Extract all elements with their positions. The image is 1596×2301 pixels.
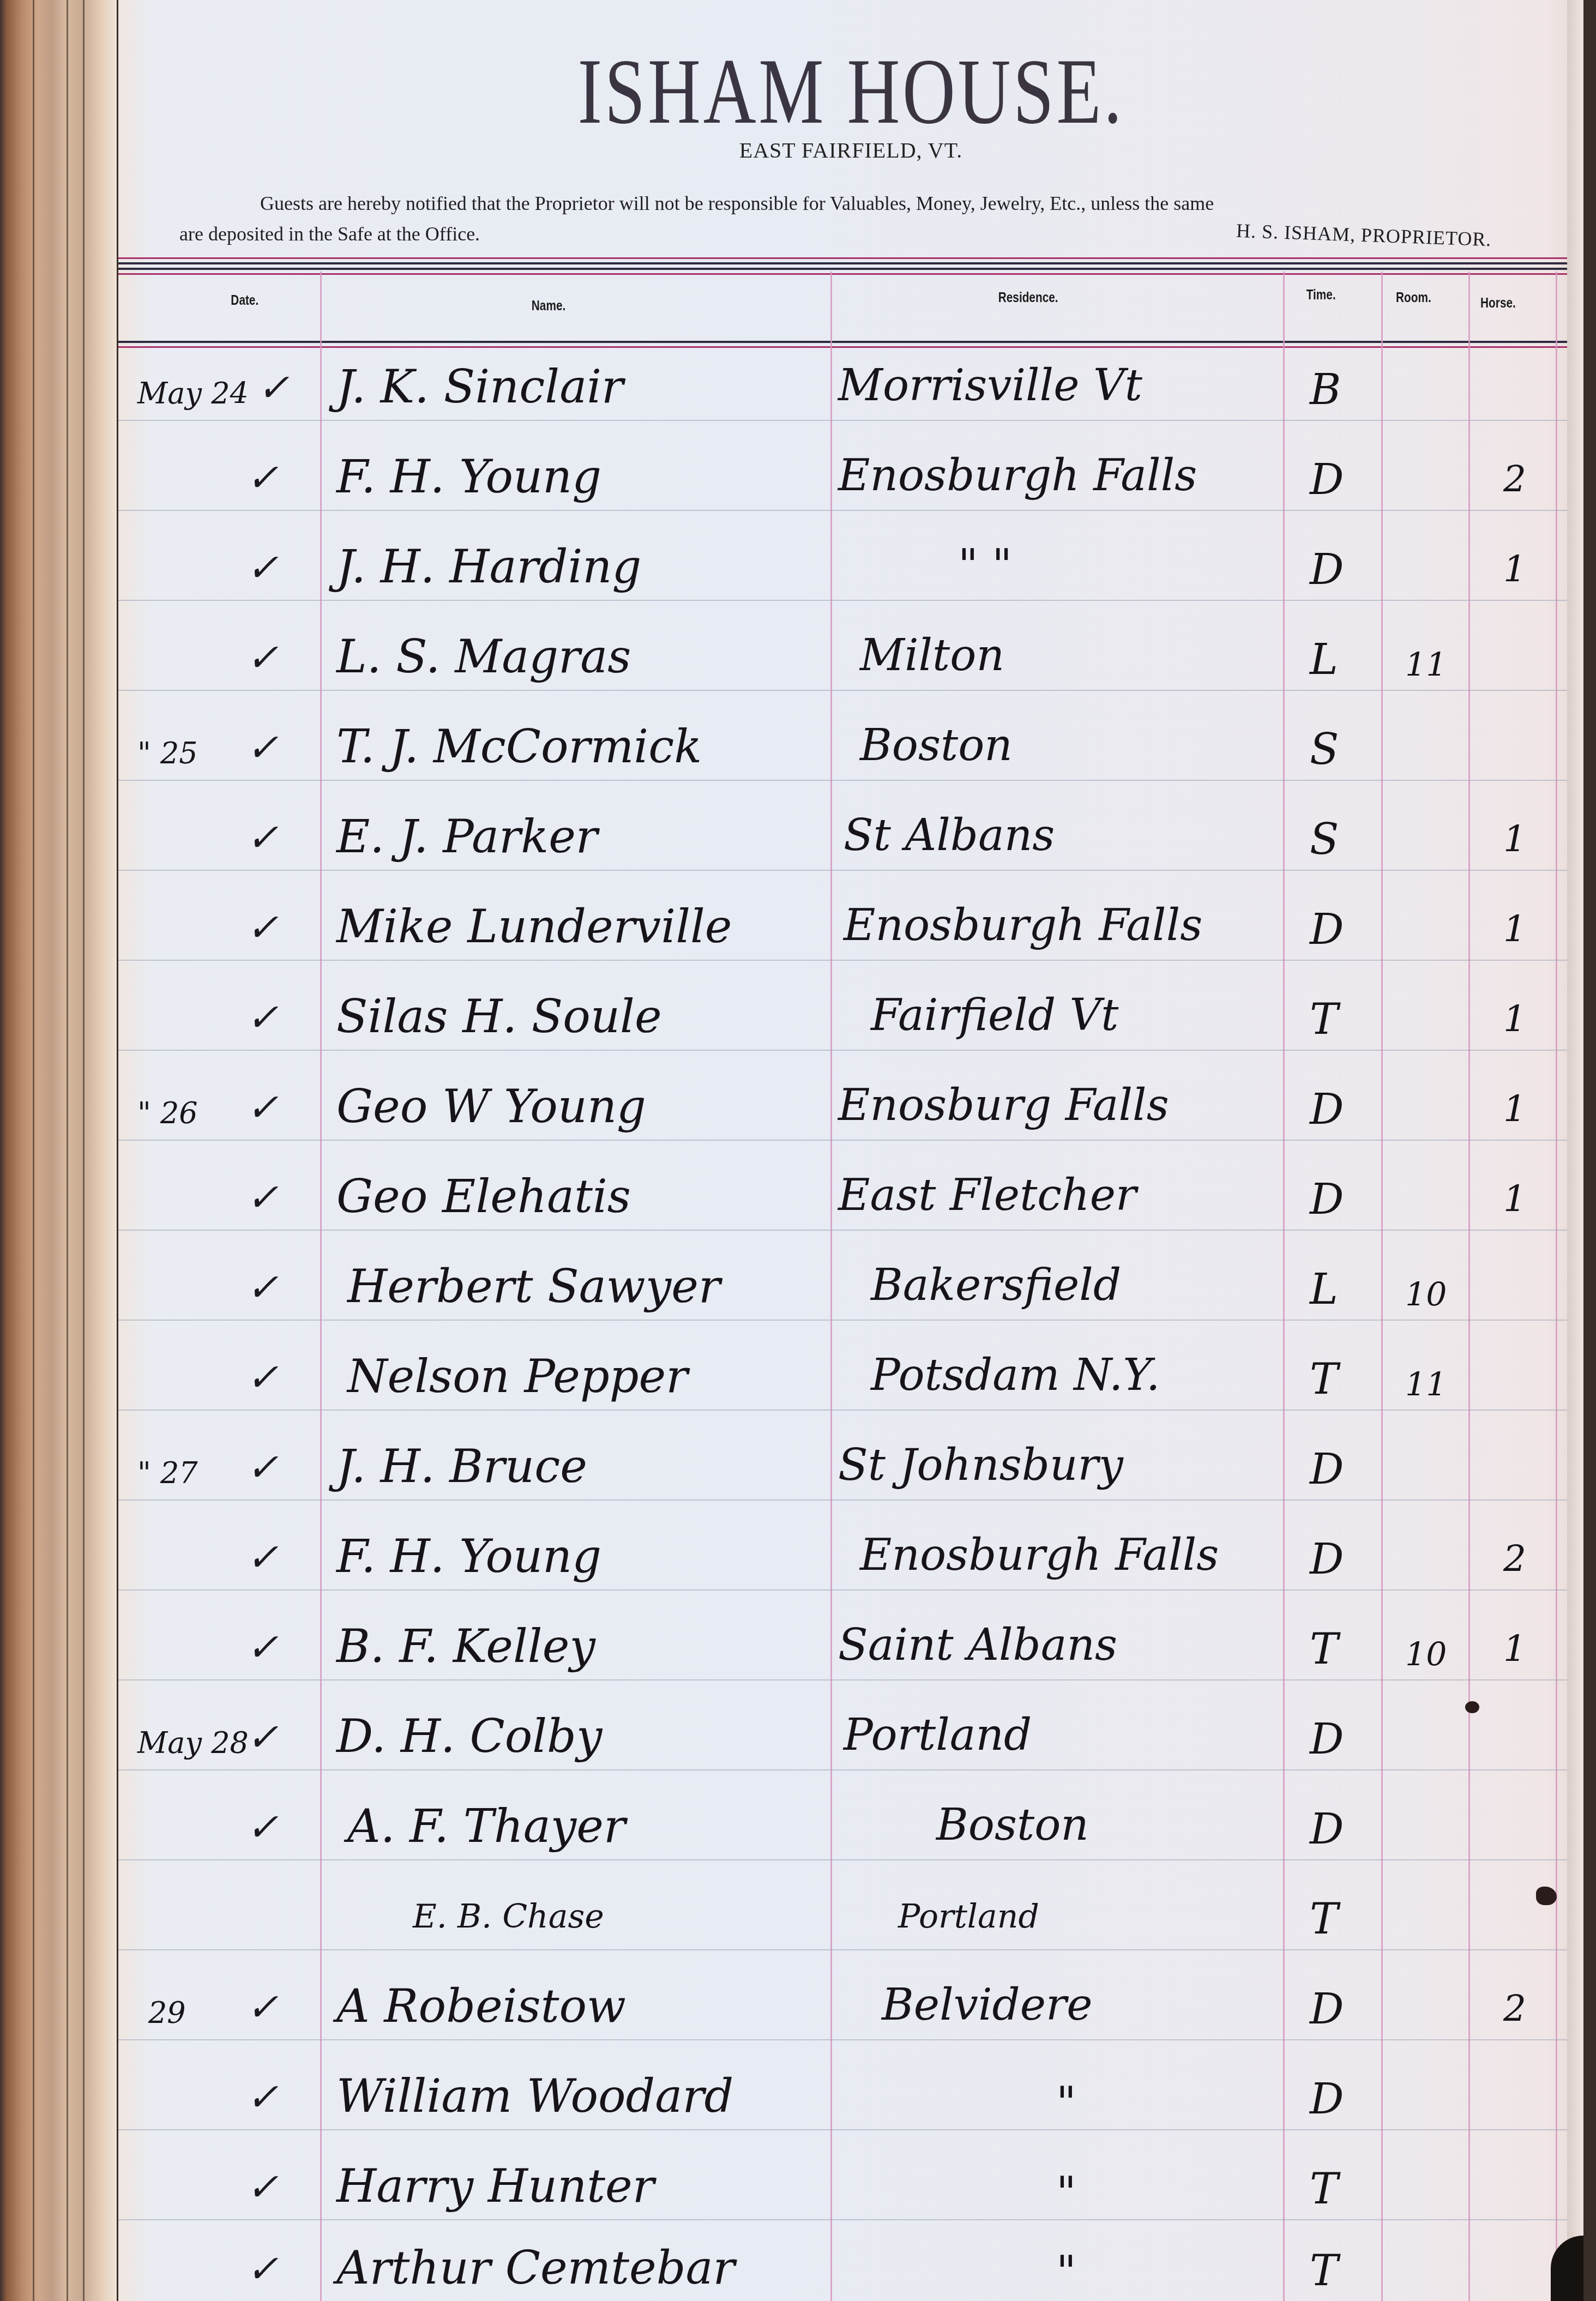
check-mark: ✓ xyxy=(246,1535,279,1580)
horse-count: 1 xyxy=(1503,998,1526,1040)
guest-name: Nelson Pepper xyxy=(347,1350,688,1403)
check-mark: ✓ xyxy=(246,545,279,590)
check-mark: ✓ xyxy=(246,815,279,860)
ruled-line xyxy=(118,420,1567,421)
check-mark: ✓ xyxy=(246,1355,279,1400)
guest-name: B. F. Kelley xyxy=(336,1619,595,1673)
ruled-line xyxy=(118,1050,1567,1051)
meal-time: T xyxy=(1310,995,1338,1044)
meal-time: D xyxy=(1310,1445,1344,1494)
meal-time: T xyxy=(1310,2246,1338,2296)
guest-residence: Portland xyxy=(844,1709,1032,1760)
guest-residence: St Johnsbury xyxy=(838,1439,1123,1490)
ruled-line xyxy=(118,600,1567,601)
room-number: 10 xyxy=(1405,1276,1447,1314)
book-page-edges xyxy=(0,0,117,2301)
check-mark: ✓ xyxy=(246,1085,279,1130)
horse-count: 1 xyxy=(1503,908,1526,950)
guest-residence: Enosburgh Falls xyxy=(844,900,1202,950)
hotel-title-text: ISHAM HOUSE. xyxy=(577,38,1124,146)
ruled-line xyxy=(118,960,1567,961)
guest-residence: Enosburg Falls xyxy=(838,1080,1169,1130)
meal-time: D xyxy=(1310,1715,1344,1764)
guest-name: F. H. Young xyxy=(336,1529,601,1583)
column-divider xyxy=(320,272,322,2301)
check-mark: ✓ xyxy=(246,455,279,500)
check-mark: ✓ xyxy=(246,2246,279,2291)
page-edge-line xyxy=(33,0,34,2301)
ruled-line xyxy=(118,1949,1567,1950)
column-header-room: Room. xyxy=(1396,289,1431,306)
meal-time: D xyxy=(1310,1085,1344,1134)
check-mark: ✓ xyxy=(246,995,279,1040)
guest-residence: " " xyxy=(958,540,1012,591)
meal-time: B xyxy=(1310,365,1341,414)
meal-time: T xyxy=(1310,1625,1338,1674)
guest-name: J. H. Bruce xyxy=(336,1439,587,1493)
meal-time: T xyxy=(1310,1355,1338,1404)
ruled-line xyxy=(118,1320,1567,1321)
ruled-line xyxy=(118,1140,1567,1141)
column-divider xyxy=(830,272,832,2301)
meal-time: D xyxy=(1310,545,1344,594)
check-mark: ✓ xyxy=(246,1265,279,1310)
room-number: 10 xyxy=(1405,1636,1447,1674)
horse-count: 2 xyxy=(1503,458,1526,500)
guest-residence: Boston xyxy=(860,720,1013,770)
guest-name: Harry Hunter xyxy=(336,2159,654,2213)
ruled-line xyxy=(118,1499,1567,1501)
column-header-horse: Horse. xyxy=(1480,294,1516,311)
column-header-residence: Residence. xyxy=(998,289,1058,306)
header-top-rule xyxy=(118,257,1567,278)
column-header-date: Date. xyxy=(231,292,258,309)
ruled-line xyxy=(118,2039,1567,2040)
page-edge-line xyxy=(83,0,85,2301)
guest-residence: Belvidere xyxy=(882,1979,1093,2030)
column-divider xyxy=(1283,272,1285,2301)
ink-blot xyxy=(1465,1701,1479,1713)
meal-time: S xyxy=(1310,725,1339,774)
horse-count: 2 xyxy=(1503,1987,1526,2029)
meal-time: T xyxy=(1310,2165,1338,2214)
horse-count: 1 xyxy=(1503,1628,1526,1670)
guest-name: Geo Elehatis xyxy=(336,1170,631,1223)
meal-time: T xyxy=(1310,1895,1338,1944)
check-mark: ✓ xyxy=(246,1805,279,1850)
ruled-line xyxy=(118,1859,1567,1860)
guest-residence: Milton xyxy=(860,630,1004,680)
guest-residence: East Fletcher xyxy=(838,1170,1136,1220)
hotel-location: EAST FAIRFIELD, VT. xyxy=(118,137,1583,163)
check-mark: ✓ xyxy=(246,905,279,950)
ruled-line xyxy=(118,1589,1567,1591)
hotel-title: ISHAM HOUSE. xyxy=(118,38,1583,146)
guest-residence: " xyxy=(1056,2246,1076,2297)
meal-time: D xyxy=(1310,455,1344,504)
meal-time: D xyxy=(1310,905,1344,954)
ink-blot xyxy=(1536,1887,1557,1905)
check-mark: ✓ xyxy=(246,1625,279,1670)
entry-date: 29 xyxy=(148,1996,186,2030)
guest-name: Mike Lunderville xyxy=(336,900,732,953)
guest-name: A Robeistow xyxy=(336,1979,626,2033)
room-number: 11 xyxy=(1405,646,1447,684)
guest-residence: Bakersfield xyxy=(871,1260,1121,1310)
ruled-line xyxy=(118,1409,1567,1411)
guest-name: F. H. Young xyxy=(336,450,601,503)
check-mark: ✓ xyxy=(257,365,290,410)
guest-name: E. B. Chase xyxy=(413,1898,604,1936)
ruled-line xyxy=(118,1679,1567,1680)
room-number: 11 xyxy=(1405,1366,1447,1404)
guest-residence: Saint Albans xyxy=(838,1619,1117,1670)
column-divider xyxy=(1468,272,1470,2301)
entry-date: " 26 xyxy=(137,1096,198,1130)
meal-time: D xyxy=(1310,2075,1344,2124)
guest-residence: " xyxy=(1056,2167,1076,2218)
meal-time: D xyxy=(1310,1535,1344,1584)
horse-count: 1 xyxy=(1503,1088,1526,1130)
check-mark: ✓ xyxy=(246,1445,279,1490)
guest-name: T. J. McCormick xyxy=(336,720,702,773)
meal-time: L xyxy=(1310,635,1338,684)
guest-name: E. J. Parker xyxy=(336,810,598,863)
ruled-line xyxy=(118,1230,1567,1231)
guest-residence: Enosburgh Falls xyxy=(860,1529,1219,1580)
column-divider xyxy=(1381,272,1383,2301)
meal-time: D xyxy=(1310,1805,1344,1854)
ruled-line xyxy=(118,2129,1567,2130)
guest-name: Herbert Sawyer xyxy=(347,1260,720,1313)
guest-name: Silas H. Soule xyxy=(336,990,662,1043)
column-header-name: Name. xyxy=(532,297,565,314)
register-page: ISHAM HOUSE. EAST FAIRFIELD, VT. Guests … xyxy=(117,0,1583,2301)
entry-date: May 28 xyxy=(137,1726,249,1760)
guest-name: A. F. Thayer xyxy=(347,1799,625,1853)
check-mark: ✓ xyxy=(246,1175,279,1220)
guest-name: Arthur Cemtebar xyxy=(336,2241,735,2294)
ruled-line xyxy=(118,780,1567,781)
ruled-line xyxy=(118,690,1567,691)
header-bottom-rule xyxy=(118,341,1567,351)
guest-residence: Potsdam N.Y. xyxy=(871,1350,1160,1400)
guest-name: L. S. Magras xyxy=(336,630,631,683)
guest-residence: St Albans xyxy=(844,810,1055,860)
check-mark: ✓ xyxy=(246,2165,279,2209)
page-right-edge xyxy=(1567,0,1583,2301)
page-edge-line xyxy=(67,0,68,2301)
guest-residence: Enosburgh Falls xyxy=(838,450,1197,501)
check-mark: ✓ xyxy=(246,725,279,770)
guest-residence: " xyxy=(1056,2077,1076,2128)
guest-residence: Fairfield Vt xyxy=(871,990,1118,1040)
guest-name: J. K. Sinclair xyxy=(336,360,623,413)
check-mark: ✓ xyxy=(246,1985,279,2029)
guest-name: J. H. Harding xyxy=(336,540,641,593)
ruled-line xyxy=(118,2219,1567,2220)
ruled-line xyxy=(118,510,1567,511)
entry-date: " 27 xyxy=(137,1456,198,1490)
proprietor-signature: H. S. ISHAM, PROPRIETOR. xyxy=(1236,219,1492,251)
meal-time: L xyxy=(1310,1265,1338,1314)
guest-residence: Portland xyxy=(898,1898,1039,1936)
notice-line-1: Guests are hereby notified that the Prop… xyxy=(260,192,1214,215)
column-divider xyxy=(1556,272,1557,2301)
ruled-line xyxy=(118,1769,1567,1770)
horse-count: 2 xyxy=(1503,1538,1526,1580)
meal-time: S xyxy=(1310,815,1339,864)
check-mark: ✓ xyxy=(246,635,279,680)
horse-count: 1 xyxy=(1503,548,1526,590)
guest-name: Geo W Young xyxy=(336,1080,646,1133)
entry-date: May 24 xyxy=(137,376,249,411)
guest-residence: Boston xyxy=(936,1799,1089,1850)
check-mark: ✓ xyxy=(246,2075,279,2119)
meal-time: D xyxy=(1310,1175,1344,1224)
check-mark: ✓ xyxy=(246,1715,279,1760)
entry-date: " 25 xyxy=(137,736,198,770)
guest-name: William Woodard xyxy=(336,2069,733,2123)
horse-count: 1 xyxy=(1503,1178,1526,1220)
guest-name: D. H. Colby xyxy=(336,1709,602,1763)
horse-count: 1 xyxy=(1503,818,1526,860)
column-header-time: Time. xyxy=(1306,286,1336,303)
guest-residence: Morrisville Vt xyxy=(838,360,1142,411)
meal-time: D xyxy=(1310,1985,1344,2034)
notice-line-2: are deposited in the Safe at the Office. xyxy=(179,222,480,245)
ruled-line xyxy=(118,870,1567,871)
